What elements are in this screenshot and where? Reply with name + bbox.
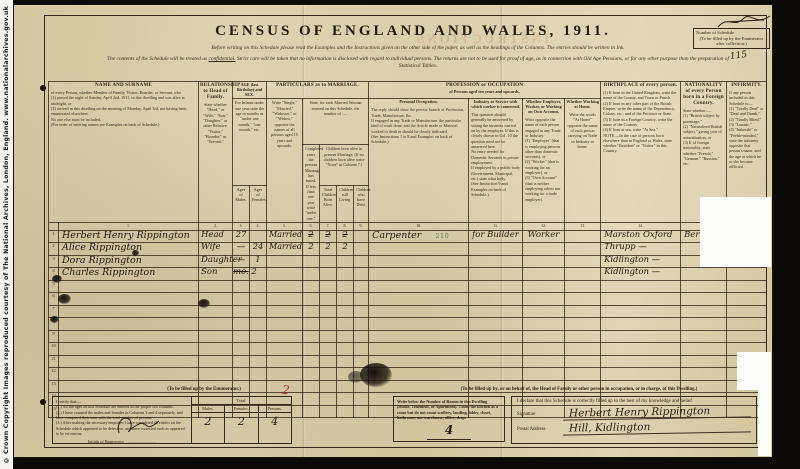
cell-name xyxy=(59,280,199,293)
rooms-box: Write below the Number of Rooms in this … xyxy=(393,396,505,442)
header-relationship: RELATIONSHIP to Head of Family. State wh… xyxy=(199,82,233,223)
signature-label: Signature xyxy=(517,412,563,419)
table-row: 7 xyxy=(49,305,767,318)
cell-num: 11 xyxy=(49,355,59,368)
cell-industry xyxy=(469,355,523,368)
cell-years xyxy=(303,405,320,418)
cell-marr xyxy=(267,280,303,293)
cell-age_m xyxy=(233,343,250,356)
cell-died xyxy=(354,405,369,418)
table-row: 9 xyxy=(49,330,767,343)
cell-num: 1 xyxy=(49,230,59,243)
cell-infirm xyxy=(727,318,767,331)
cell-marr xyxy=(267,355,303,368)
cell-born: 2 xyxy=(320,243,337,256)
copyright-strip: © Crown Copyright Images reproduced cour… xyxy=(0,0,13,469)
enumerator-box: I certify that:— (1.) All the ages on th… xyxy=(52,396,292,444)
cell-birth: Kidlington — xyxy=(601,268,681,281)
cell-age_f xyxy=(250,230,267,243)
totals-col-persons: Persons. xyxy=(259,405,291,412)
cell-industry xyxy=(469,343,523,356)
registration-dot xyxy=(40,399,46,405)
cell-status: Worker xyxy=(523,230,565,243)
cell-age_m xyxy=(233,318,250,331)
cell-birth xyxy=(601,343,681,356)
cell-birth xyxy=(601,280,681,293)
table-row: 6 xyxy=(49,293,767,306)
cell-years xyxy=(303,305,320,318)
cell-marr xyxy=(267,318,303,331)
cell-athome xyxy=(565,368,601,381)
cell-birth: Marston Oxford xyxy=(601,230,681,243)
cell-num: 12 xyxy=(49,368,59,381)
cell-athome xyxy=(565,268,601,281)
cell-occ xyxy=(369,343,469,356)
table-row: 4Charles RippingtonSonmo. 2Kidlington — xyxy=(49,268,767,281)
postal-address-label: Postal Address xyxy=(517,427,563,434)
cell-occ xyxy=(369,293,469,306)
cell-athome xyxy=(565,305,601,318)
cell-industry xyxy=(469,305,523,318)
cell-birth xyxy=(601,330,681,343)
cell-age_m xyxy=(233,368,250,381)
cell-rel: Son xyxy=(199,268,233,281)
census-schedule-document: INSTRUCTIONS CENSUS OF ENGLAND AND WALES… xyxy=(14,5,772,457)
cell-status xyxy=(523,330,565,343)
totals-table: Total. Males. Females. Persons. 2 2 4 xyxy=(191,397,291,443)
header-age-desc: For Infants under one year state the age… xyxy=(233,99,267,185)
cell-occ xyxy=(369,330,469,343)
cell-living xyxy=(337,280,354,293)
cell-marr: Married xyxy=(267,230,303,243)
total-females: 2 xyxy=(225,413,258,443)
cell-birth: Thrupp — xyxy=(601,243,681,256)
cell-industry xyxy=(469,368,523,381)
cell-infirm xyxy=(727,305,767,318)
table-row: 8 xyxy=(49,318,767,331)
cell-occ: Carpenter210 xyxy=(369,230,469,243)
cell-born xyxy=(320,330,337,343)
totals-columns: Males. Females. Persons. xyxy=(192,405,291,413)
cell-industry xyxy=(469,293,523,306)
cell-age_f xyxy=(250,355,267,368)
enumerator-certification: I certify that:— (1.) All the ages on th… xyxy=(53,397,191,443)
cell-num: 2 xyxy=(49,243,59,256)
page-title: CENSUS OF ENGLAND AND WALES, 1911. xyxy=(134,23,692,40)
cell-name xyxy=(59,330,199,343)
cell-infirm xyxy=(727,268,767,281)
cell-birth xyxy=(601,305,681,318)
cell-nat xyxy=(681,368,727,381)
schedule-number-box: Number of Schedule. (To be filled up by … xyxy=(693,28,770,49)
cell-age_m: 27 xyxy=(233,230,250,243)
cell-industry xyxy=(469,330,523,343)
cell-name xyxy=(59,318,199,331)
cell-industry xyxy=(469,318,523,331)
cell-industry xyxy=(469,268,523,281)
header-children-living: Children still Living. xyxy=(337,185,354,222)
cell-rel: Daughter xyxy=(199,255,233,268)
initials-label: Initials of Enumerator .................… xyxy=(56,439,188,444)
cell-nat xyxy=(681,355,727,368)
cell-age_m xyxy=(233,305,250,318)
cell-born xyxy=(320,343,337,356)
cell-rel: Wife xyxy=(199,243,233,256)
cell-born xyxy=(320,318,337,331)
cell-age_m xyxy=(233,355,250,368)
cell-num: 6 xyxy=(49,293,59,306)
header-children-died: Children who have Died. xyxy=(354,185,369,222)
cell-status xyxy=(523,318,565,331)
cell-name xyxy=(59,355,199,368)
cell-born xyxy=(320,268,337,281)
cell-nat xyxy=(681,305,727,318)
cell-industry xyxy=(469,255,523,268)
totals-col-females: Females. xyxy=(225,405,258,412)
cell-birth xyxy=(601,318,681,331)
cell-athome xyxy=(565,230,601,243)
cell-athome xyxy=(565,330,601,343)
ink-blot xyxy=(50,316,59,323)
rooms-instruction: Write below the Number of Rooms in this … xyxy=(397,399,501,421)
cell-name xyxy=(59,293,199,306)
cell-marr xyxy=(267,293,303,306)
cell-athome xyxy=(565,318,601,331)
header-children-born: Children born alive to present Marriage.… xyxy=(320,145,369,185)
cell-born: 2 xyxy=(320,230,337,243)
cell-nat xyxy=(681,343,727,356)
table-row: 12 xyxy=(49,368,767,381)
cell-years xyxy=(303,393,320,406)
header-marriage-years: Completed years the present Marriage has… xyxy=(303,145,320,222)
cell-occ xyxy=(369,243,469,256)
cell-years xyxy=(303,368,320,381)
cell-died xyxy=(354,268,369,281)
table-row: 10 xyxy=(49,343,767,356)
cell-living xyxy=(337,268,354,281)
cell-athome xyxy=(565,355,601,368)
cell-rel: Head xyxy=(199,230,233,243)
header-employer-worker: Whether Employer, Worker, or Working on … xyxy=(523,99,565,222)
header-name: NAME AND SURNAME of every Person, whethe… xyxy=(49,82,199,223)
declaration-section-heading: (To be filled up by, or on behalf of, th… xyxy=(404,387,754,392)
cell-num: 13 xyxy=(49,380,59,393)
cell-marr xyxy=(267,268,303,281)
cell-born xyxy=(320,393,337,406)
column-number-spacer xyxy=(49,222,59,230)
cell-born xyxy=(320,368,337,381)
cell-years xyxy=(303,355,320,368)
cell-name: Dora Rippington xyxy=(59,255,199,268)
cell-marr: Married xyxy=(267,243,303,256)
cell-years: 2 xyxy=(303,230,320,243)
cell-name: Alice Rippington xyxy=(59,243,199,256)
cell-marr xyxy=(267,305,303,318)
table-row: 3Dora RippingtonDaughter—1Kidlington — xyxy=(49,255,767,268)
cell-living xyxy=(337,330,354,343)
redaction-patch xyxy=(700,197,771,267)
cell-occ xyxy=(369,268,469,281)
cell-rel xyxy=(199,343,233,356)
cell-industry xyxy=(469,243,523,256)
cell-rel xyxy=(199,330,233,343)
cell-birth xyxy=(601,293,681,306)
table-row: 2Alice RippingtonWife—24Married222Thrupp… xyxy=(49,243,767,256)
cell-rel xyxy=(199,368,233,381)
redaction-patch xyxy=(758,390,771,456)
cell-marr xyxy=(267,343,303,356)
cell-athome xyxy=(565,243,601,256)
cell-living: 2 xyxy=(337,230,354,243)
instruction-line-2: The contents of the Schedule will be tre… xyxy=(104,56,732,71)
header-marriage-write: Write "Single," "Married," "Widower," or… xyxy=(267,99,303,222)
postal-address-value: Hill, Kidlington xyxy=(563,419,751,435)
handwritten-squiggle xyxy=(714,13,774,31)
cell-died xyxy=(354,343,369,356)
cell-occ xyxy=(369,280,469,293)
cell-years xyxy=(303,343,320,356)
total-persons: 4 xyxy=(259,413,291,443)
certify-item-1: (1.) All the ages on this Schedule are e… xyxy=(56,404,188,409)
registration-dot xyxy=(40,85,46,91)
enumerator-section-heading: (To be filled up by the Enumerator.) xyxy=(74,387,334,392)
column-number: 4. xyxy=(250,222,267,230)
header-ages-females: Ages of Females. xyxy=(250,185,267,222)
instruction-line-1: Before writing on this Schedule please r… xyxy=(104,45,732,52)
cell-name xyxy=(59,368,199,381)
cell-age_m xyxy=(233,293,250,306)
cell-living xyxy=(337,305,354,318)
cell-living: 2 xyxy=(337,243,354,256)
cell-years xyxy=(303,293,320,306)
redaction-patch xyxy=(737,352,771,390)
cell-nat xyxy=(681,318,727,331)
schedule-number-note: (To be filled up by the Enumerator after… xyxy=(696,36,767,47)
cell-age_m xyxy=(233,330,250,343)
cell-rel xyxy=(199,280,233,293)
cell-age_f xyxy=(250,293,267,306)
cell-age_f xyxy=(250,368,267,381)
cell-age_f xyxy=(250,330,267,343)
cell-birth xyxy=(601,355,681,368)
cell-name xyxy=(59,343,199,356)
cell-years: 2 xyxy=(303,243,320,256)
cell-age_m xyxy=(233,280,250,293)
total-males: 2 xyxy=(192,413,225,443)
cell-birth xyxy=(601,368,681,381)
cell-industry xyxy=(469,280,523,293)
table-row: 11 xyxy=(49,355,767,368)
cell-name: Charles Rippington xyxy=(59,268,199,281)
cell-nat xyxy=(681,293,727,306)
cell-birth: Kidlington — xyxy=(601,255,681,268)
column-number: 13. xyxy=(565,222,601,230)
table-row: 5 xyxy=(49,280,767,293)
cell-athome xyxy=(565,293,601,306)
cell-born xyxy=(320,293,337,306)
header-birthplace: BIRTHPLACE of every person. (1) If born … xyxy=(601,82,681,223)
cell-status xyxy=(523,293,565,306)
cell-years xyxy=(303,255,320,268)
cell-age_m: — xyxy=(233,243,250,256)
header-at-home: Whether Working at Home. Write the words… xyxy=(565,99,601,222)
cell-infirm xyxy=(727,280,767,293)
cell-age_f xyxy=(250,280,267,293)
totals-values: 2 2 4 xyxy=(192,413,291,443)
cell-age_f: 1 xyxy=(250,255,267,268)
cell-status xyxy=(523,343,565,356)
cell-years xyxy=(303,318,320,331)
cell-nat xyxy=(681,330,727,343)
ink-blot xyxy=(360,363,392,387)
cell-living xyxy=(337,293,354,306)
cell-nat xyxy=(681,268,727,281)
header-marriage-stat: State, for each Married Woman entered on… xyxy=(303,99,369,145)
cell-marr xyxy=(267,330,303,343)
cell-died xyxy=(354,318,369,331)
cell-status xyxy=(523,355,565,368)
header-children-total: Total Children Born Alive. xyxy=(320,185,337,222)
header-personal-occupation: Personal Occupation. The reply should sh… xyxy=(369,99,469,222)
enumerator-initials-squiggle xyxy=(113,411,163,437)
cell-age_f xyxy=(250,305,267,318)
cell-born xyxy=(320,405,337,418)
cell-rel xyxy=(199,318,233,331)
cell-age_m: mo. 2 xyxy=(233,268,250,281)
cell-occ xyxy=(369,318,469,331)
ink-blot xyxy=(132,250,139,256)
cell-living xyxy=(337,393,354,406)
cell-num: 3 xyxy=(49,255,59,268)
cell-living xyxy=(337,355,354,368)
cell-athome xyxy=(565,343,601,356)
cell-name: Herbert Henry Rippington xyxy=(59,230,199,243)
cell-born xyxy=(320,280,337,293)
cell-died xyxy=(354,305,369,318)
cell-name xyxy=(59,305,199,318)
cell-born xyxy=(320,355,337,368)
cell-years xyxy=(303,330,320,343)
cell-living xyxy=(337,255,354,268)
cell-status xyxy=(523,305,565,318)
cell-born xyxy=(320,255,337,268)
cell-died xyxy=(354,280,369,293)
cell-died xyxy=(354,255,369,268)
copyright-text: © Crown Copyright Images reproduced cour… xyxy=(3,6,10,464)
cell-nat xyxy=(681,280,727,293)
table-row: 1Herbert Henry RippingtonHead27Married22… xyxy=(49,230,767,243)
cell-living xyxy=(337,380,354,393)
cell-industry: for Builder xyxy=(469,230,523,243)
cell-infirm xyxy=(727,330,767,343)
header-industry: Industry or Service with which worker is… xyxy=(469,99,523,222)
header-marriage-group: PARTICULARS as to MARRIAGE. xyxy=(267,82,369,99)
cell-rel xyxy=(199,355,233,368)
cell-age_f: 24 xyxy=(250,243,267,256)
cell-num: 9 xyxy=(49,330,59,343)
cell-athome xyxy=(565,255,601,268)
cell-occ xyxy=(369,305,469,318)
ink-blot xyxy=(348,371,364,383)
cell-infirm xyxy=(727,293,767,306)
column-number: 9. xyxy=(354,222,369,230)
cell-marr xyxy=(267,368,303,381)
cell-died xyxy=(354,230,369,243)
declaration-box: I declare that this Schedule is correctl… xyxy=(511,396,757,444)
cell-age_f xyxy=(250,343,267,356)
cell-status xyxy=(523,280,565,293)
header-occupation-group: PROFESSION or OCCUPATION of Persons aged… xyxy=(369,82,601,99)
cell-marr xyxy=(267,255,303,268)
cell-died xyxy=(354,393,369,406)
cell-occ xyxy=(369,255,469,268)
cell-living xyxy=(337,405,354,418)
census-table: NAME AND SURNAME of every Person, whethe… xyxy=(48,81,767,418)
cell-years xyxy=(303,268,320,281)
ink-blot xyxy=(198,299,210,308)
cell-years xyxy=(303,280,320,293)
cell-born xyxy=(320,305,337,318)
cell-status xyxy=(523,243,565,256)
cell-living xyxy=(337,318,354,331)
cell-status xyxy=(523,368,565,381)
rooms-value: 4 xyxy=(397,423,501,441)
cell-living xyxy=(337,343,354,356)
signature-value: Herbert Henry Rippington xyxy=(563,404,751,420)
cell-num: 10 xyxy=(49,343,59,356)
cell-athome xyxy=(565,280,601,293)
cell-died xyxy=(354,330,369,343)
totals-title: Total. xyxy=(192,397,291,405)
cell-died xyxy=(354,243,369,256)
header-ages-males: Ages of Males. xyxy=(233,185,250,222)
cell-status xyxy=(523,268,565,281)
declaration-statement: I declare that this Schedule is correctl… xyxy=(517,399,751,404)
cell-age_f xyxy=(250,318,267,331)
cell-died xyxy=(354,293,369,306)
occupation-code: 210 xyxy=(435,232,449,240)
ink-blot xyxy=(52,275,62,283)
totals-col-males: Males. xyxy=(192,405,225,412)
ink-blot xyxy=(58,294,71,304)
cell-status xyxy=(523,255,565,268)
